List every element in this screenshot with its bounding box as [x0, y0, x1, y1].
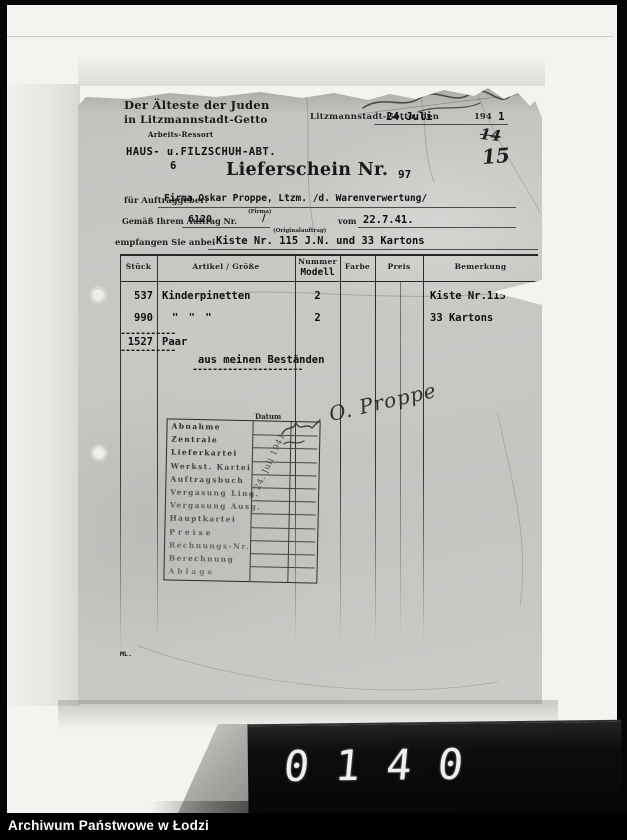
document-number: 97	[398, 168, 411, 181]
stamp-row-label: Ablage	[164, 564, 316, 580]
frame-counter-digits: 0140	[282, 739, 492, 791]
row-modell: 2	[295, 312, 340, 324]
table-vline	[423, 254, 424, 642]
dash-line: -----------	[120, 345, 175, 356]
client-underline	[158, 207, 516, 208]
col-header-bemerkung: Bemerkung	[423, 262, 538, 271]
hole-punch	[92, 446, 106, 460]
client-sub-label: (Firma)	[248, 209, 271, 215]
left-shadow-strip	[7, 84, 80, 706]
document-title: Lieferschein Nr.	[226, 160, 388, 180]
col-header-farbe: Farbe	[340, 262, 375, 271]
row-artikel: " " "	[172, 312, 214, 324]
archival-photo-frame: Der Älteste der Juden in Litzmannstadt-G…	[0, 0, 627, 840]
col-header-preis: Preis	[375, 262, 423, 271]
col-header-modell: Modell	[295, 267, 340, 278]
archive-name-label: Archiwum Państwowe w Łodzi	[8, 818, 209, 833]
dash-line: ----------------------	[192, 364, 302, 375]
table-vline	[157, 254, 158, 644]
table-header-border	[120, 281, 538, 282]
department-line: HAUS- u.FILZSCHUH-ABT.	[126, 146, 276, 158]
table-vline-sub	[400, 281, 401, 641]
receive-underline	[208, 249, 538, 250]
letterhead-line1: Der Älteste der Juden	[124, 98, 270, 112]
order-label: Gemäß Ihrem Auftrag Nr.	[122, 216, 237, 226]
table-vline	[340, 254, 341, 642]
order-number: 6120	[188, 214, 212, 225]
crossed-out-number: 14	[479, 125, 502, 145]
row-artikel: Kinderpinetten	[162, 290, 251, 302]
row-modell: 2	[295, 290, 340, 302]
top-shadow-strip	[78, 56, 545, 86]
letterhead-line2: in Litzmannstadt-Getto	[124, 114, 268, 126]
order-underline-2	[358, 227, 516, 228]
order-date: 22.7.41.	[363, 214, 414, 226]
col-header-artikel: Artikel / Größe	[157, 262, 295, 271]
platen-edge-line	[7, 36, 613, 37]
hole-punch	[91, 288, 105, 302]
row-bemerkung: 33 Kartons	[430, 312, 493, 324]
table-vline	[375, 254, 376, 642]
handwritten-check-marks	[278, 418, 324, 458]
col-header-nummer: Nummer	[295, 257, 340, 266]
row-stueck: 537	[120, 290, 153, 302]
page-number-handwritten: 15	[481, 143, 511, 169]
order-vom-label: vom	[338, 216, 356, 226]
row-stueck: 990	[120, 312, 153, 324]
order-sub-label: (Originalauftrag)	[273, 228, 326, 234]
department-number: 6	[170, 160, 176, 172]
archive-caption-bar: Archiwum Państwowe w Łodzi	[0, 813, 627, 840]
frame-counter-device: 0140	[247, 720, 622, 819]
order-underline-1	[182, 227, 270, 228]
bottom-mark: ML.	[120, 650, 132, 658]
client-value: Firma Oskar Proppe, Ltzm. /d. Warenverwe…	[164, 193, 427, 204]
table-top-border	[120, 254, 538, 256]
order-slash: /	[262, 213, 266, 224]
col-header-stueck: Stück	[120, 262, 157, 271]
letterhead-line3: Arbeits-Ressort	[148, 130, 213, 139]
document-paper: Der Älteste der Juden in Litzmannstadt-G…	[78, 84, 542, 704]
receive-value: Kiste Nr. 115 J.N. und 33 Kartons	[216, 235, 425, 247]
receive-label: empfangen Sie anbei	[115, 238, 215, 248]
